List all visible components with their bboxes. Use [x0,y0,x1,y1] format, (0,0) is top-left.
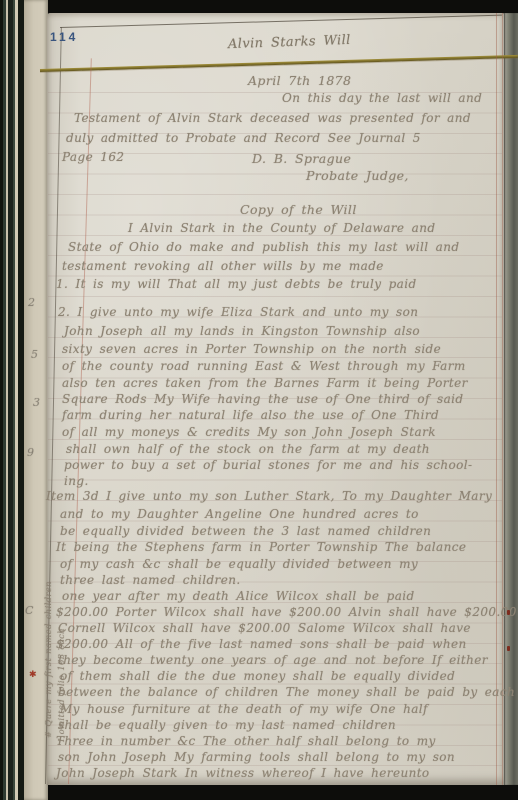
handwritten-line: duly admitted to Probate and Record See … [66,131,421,145]
handwritten-line: testament revoking all other wills by me… [62,259,384,273]
handwritten-line: Page 162 [62,150,124,164]
fore-edge-shadow [504,13,518,785]
handwritten-line: John Joseph Stark In witness whereof I h… [56,766,430,780]
handwritten-line: sixty seven acres in Porter Township on … [62,342,441,356]
handwritten-line: $200.00 All of the five last named sons … [56,637,467,651]
handwritten-line: It being the Stephens farm in Porter Tow… [56,540,466,554]
handwritten-line: State of Ohio do make and publish this m… [68,240,459,254]
margin-mark: C [25,604,34,618]
handwritten-line: shall be equally given to my last named … [58,718,396,732]
handwritten-line: between the balance of children The mone… [58,685,515,699]
handwritten-line: Item 3d I give unto my son Luther Stark,… [46,489,492,503]
handwritten-line: of them shall die the due money shall be… [60,669,455,683]
handwritten-line: of my cash &c shall be equally divided b… [60,557,418,571]
judge-signature: D. B. Sprague [252,152,351,166]
handwritten-line: I Alvin Stark in the County of Delaware … [128,221,435,235]
handwritten-line: Cornell Wilcox shall have $200.00 Salome… [58,621,471,635]
margin-mark [507,646,510,651]
handwritten-line: and to my Daughter Angeline One hundred … [60,507,419,521]
margin-note-vertical: I omitted folio 163 each [55,628,69,742]
handwritten-line: son John Joseph My farming tools shall b… [58,750,455,764]
margin-mark: 9 [27,446,34,460]
handwritten-line: $200.00 Porter Wilcox shall have $200.00… [56,605,517,619]
handwritten-line: John Joseph all my lands in Kingston Tow… [64,324,420,338]
margin-mark: 2 [28,296,35,310]
handwritten-line: On this day the last will and [282,91,482,105]
scanned-probate-record-page: 114 Alvin Starks Will April 7th 1878 On … [0,0,518,800]
handwritten-line: My house furniture at the death of my wi… [60,702,428,716]
entry-date: April 7th 1878 [248,74,351,88]
handwritten-line: of the county road running East & West t… [62,359,466,373]
handwritten-line: of all my moneys & credits My son John J… [62,425,436,439]
page-number: 114 [50,30,78,44]
margin-note-vertical: # Quere my first named children [42,581,56,738]
handwritten-line: ing. [64,474,89,488]
handwritten-line: Square Rods My Wife having the use of On… [62,392,463,406]
handwritten-line: 1. It is my will That all my just debts … [56,277,417,291]
judge-title: Probate Judge, [306,169,409,183]
margin-mark: 3 [33,396,40,410]
handwritten-line: farm during her natural life also the us… [62,408,439,422]
handwritten-line: Three in number &c The other half shall … [56,734,436,748]
handwritten-line: they become twenty one years of age and … [58,653,488,667]
handwritten-line: also ten acres taken from the Barnes Far… [62,376,468,390]
margin-mark: 5 [31,348,38,362]
handwritten-line: Testament of Alvin Stark deceased was pr… [74,111,471,125]
margin-mark: ✱ [29,668,37,682]
right-margin-rule-1 [496,13,497,785]
handwritten-line: power to buy a set of burial stones for … [64,458,472,472]
handwritten-line: 2. I give unto my wife Eliza Stark and u… [58,305,418,319]
handwritten-line: one year after my death Alice Wilcox sha… [62,589,415,603]
handwritten-line: three last named children. [60,573,241,587]
right-margin-rule-2 [502,13,503,785]
handwritten-line: shall own half of the stock on the farm … [66,442,430,456]
will-heading: Copy of the Will [240,203,357,217]
margin-mark [507,610,510,615]
handwritten-line: be equally divided between the 3 last na… [60,524,431,538]
